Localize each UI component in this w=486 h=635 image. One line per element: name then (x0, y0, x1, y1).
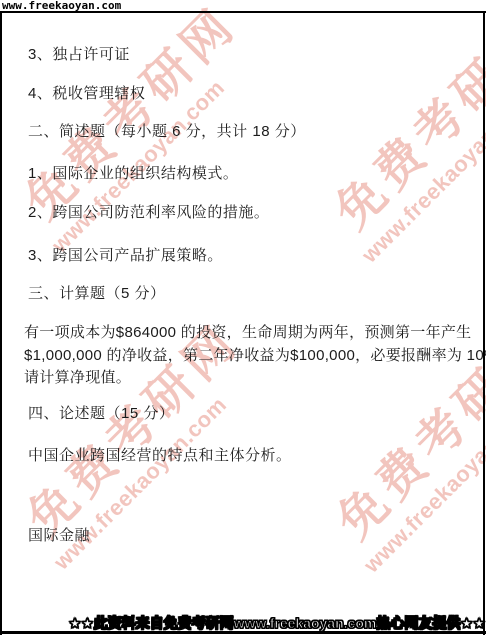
watermark-text-url: www.freekaoyan.com (358, 48, 486, 267)
section-2-question-1: 1、国际企业的组织结构模式。 (28, 165, 238, 182)
section-2-question-3: 3、跨国公司产品扩展策略。 (28, 247, 223, 264)
watermark-text-url: www.freekaoyan.com (48, 38, 267, 257)
watermark-text-url: www.freekaoyan.com (360, 358, 486, 577)
watermark-group: 免费考研网 www.freekaoyan.com (319, 9, 486, 266)
footer-credit: ★★此资料来自免费考研网www.freekaoyan.com热心网友提供★★ (69, 613, 486, 633)
document-page: www.freekaoyan.com 免费考研网 www.freekaoyan.… (0, 0, 486, 635)
watermark-text-cn: 免费考研网 (18, 0, 246, 228)
header-url: www.freekaoyan.com (2, 0, 121, 11)
section-4-title: 四、论述题（15 分） (28, 405, 174, 422)
section-2-question-2: 2、跨国公司防范利率风险的措施。 (28, 204, 269, 221)
watermark-text-cn: 免费考研网 (328, 9, 486, 237)
calc-problem-line-2: $1,000,000 的净收益，第二年净收益为$100,000，必要报酬率为 1… (24, 347, 486, 364)
calc-problem-line-3: 请计算净现值。 (24, 369, 131, 386)
section-4-question: 中国企业跨国经营的特点和主体分析。 (28, 447, 292, 464)
page-border-left (0, 11, 2, 635)
question-item-3: 3、独占许可证 (28, 46, 130, 63)
calc-problem-line-1: 有一项成本为$864000 的投资，生命周期为两年，预测第一年产生 (24, 324, 471, 341)
next-subject-heading: 国际金融 (28, 527, 90, 544)
page-border-right (483, 11, 485, 635)
section-2-title: 二、简述题（每小题 6 分，共计 18 分） (28, 123, 306, 140)
question-item-4: 4、税收管理辖权 (28, 85, 145, 102)
section-3-title: 三、计算题（5 分） (28, 285, 166, 302)
